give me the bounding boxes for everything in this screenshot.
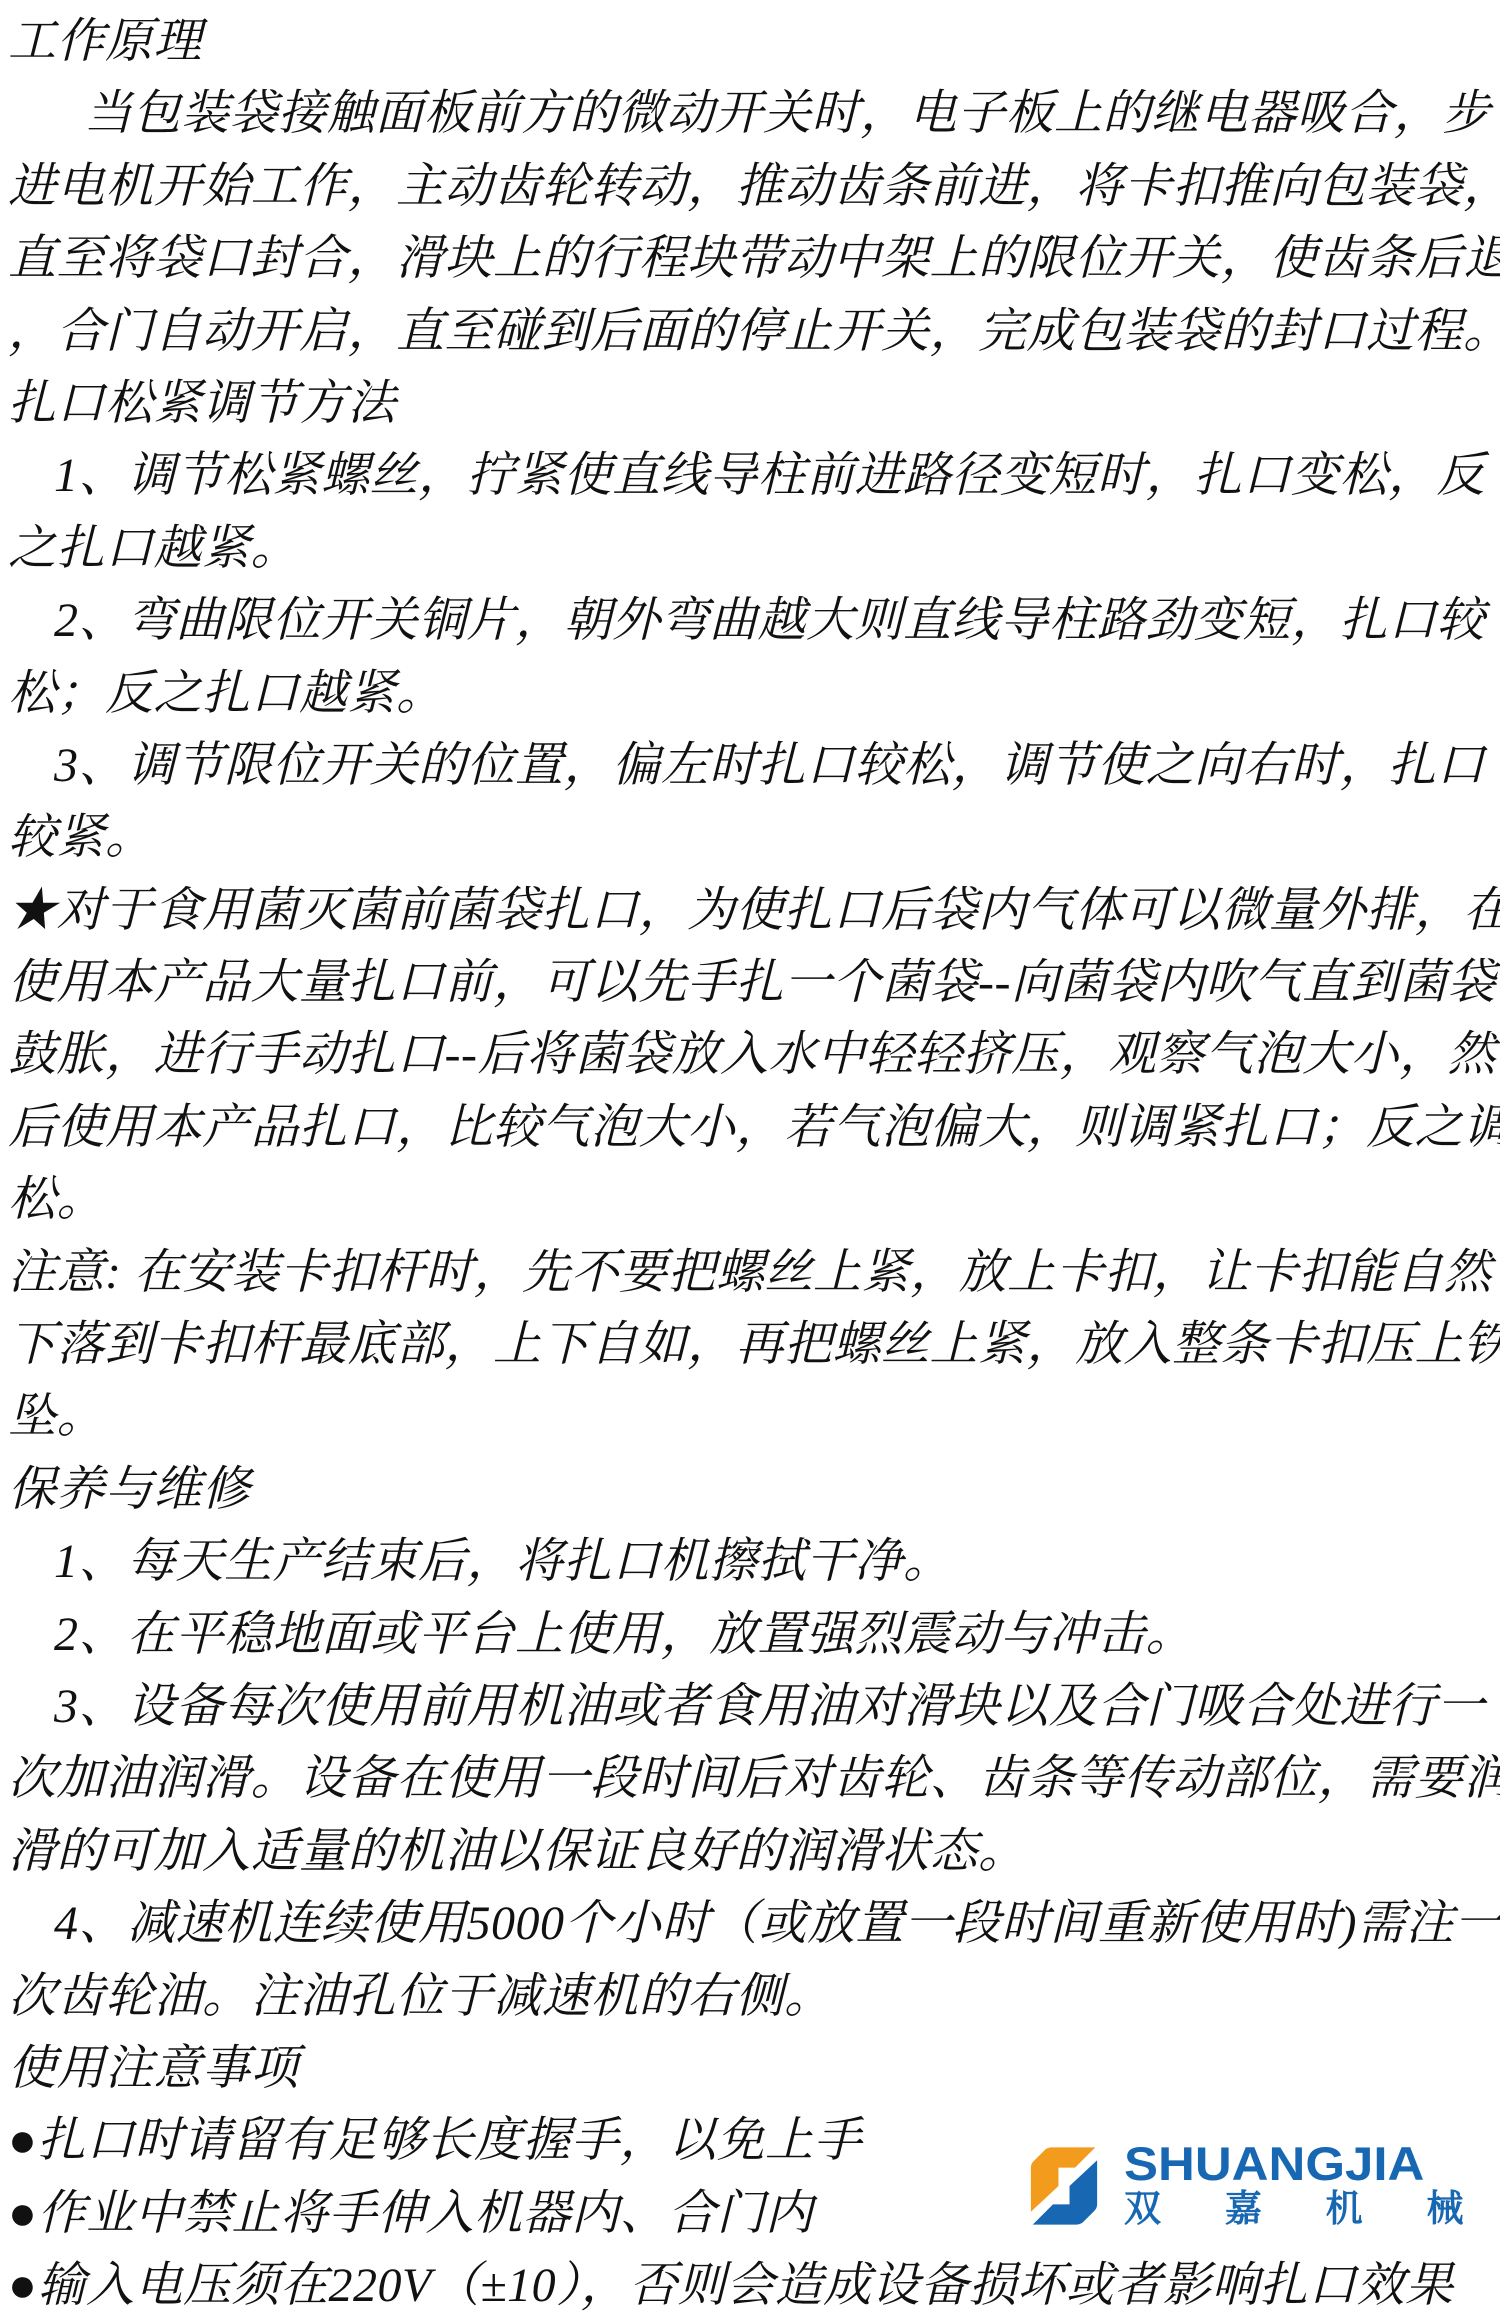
shuangjia-logo: SHUANGJIA 双嘉机械 <box>1018 2138 1496 2234</box>
text-line: 1、调节松紧螺丝，拧紧使直线导柱前进路径变短时，扎口变松，反 <box>8 440 1494 512</box>
text-line: 注意: 在安装卡扣杆时，先不要把螺丝上紧，放上卡扣，让卡扣能自然 <box>8 1237 1494 1309</box>
text-line: 使用本产品大量扎口前，可以先手扎一个菌袋--向菌袋内吹气直到菌袋 <box>8 947 1494 1019</box>
logo-cn-char: 双 <box>1124 2189 1162 2229</box>
text-line: 坠。 <box>8 1381 1494 1453</box>
text-line: 3、调节限位开关的位置，偏左时扎口较松，调节使之向右时，扎口 <box>8 730 1494 802</box>
text-line: 进电机开始工作，主动齿轮转动，推动齿条前进，将卡扣推向包装袋， <box>8 151 1494 223</box>
document-page: 工作原理当包装袋接触面板前方的微动开关时，电子板上的继电器吸合，步进电机开始工作… <box>0 0 1500 2322</box>
logo-cn-text: 双嘉机械 <box>1124 2189 1464 2229</box>
text-line: ，合门自动开启，直至碰到后面的停止开关，完成包装袋的封口过程。 <box>8 296 1494 368</box>
text-line: 下落到卡扣杆最底部，上下自如，再把螺丝上紧，放入整条卡扣压上铁 <box>8 1309 1494 1381</box>
logo-cn-char: 械 <box>1426 2189 1464 2229</box>
shuangjia-s-icon <box>1018 2140 1110 2232</box>
section-heading: 使用注意事项 <box>8 2033 1494 2105</box>
text-line: 当包装袋接触面板前方的微动开关时，电子板上的继电器吸合，步 <box>8 78 1494 150</box>
text-line: 松；反之扎口越紧。 <box>8 658 1494 730</box>
text-line: 2、弯曲限位开关铜片，朝外弯曲越大则直线导柱路劲变短，扎口较 <box>8 585 1494 657</box>
document-text: 工作原理当包装袋接触面板前方的微动开关时，电子板上的继电器吸合，步进电机开始工作… <box>8 6 1494 2322</box>
text-line: 次加油润滑。设备在使用一段时间后对齿轮、齿条等传动部位，需要润 <box>8 1743 1494 1815</box>
section-heading: 工作原理 <box>8 6 1494 78</box>
section-heading: 保养与维修 <box>8 1454 1494 1526</box>
logo-cn-char: 机 <box>1326 2189 1364 2229</box>
text-line: 1、每天生产结束后，将扎口机擦拭干净。 <box>8 1526 1494 1598</box>
text-line: 2、在平稳地面或平台上使用，放置强烈震动与冲击。 <box>8 1599 1494 1671</box>
text-line: 松。 <box>8 1164 1494 1236</box>
text-line: 鼓胀，进行手动扎口--后将菌袋放入水中轻轻挤压，观察气泡大小，然 <box>8 1019 1494 1091</box>
text-line: ●输入电压须在220V（±10），否则会造成设备损坏或者影响扎口效果 <box>8 2250 1494 2322</box>
text-line: 后使用本产品扎口，比较气泡大小，若气泡偏大，则调紧扎口；反之调 <box>8 1092 1494 1164</box>
text-line: ★对于食用菌灭菌前菌袋扎口，为使扎口后袋内气体可以微量外排，在 <box>8 875 1494 947</box>
text-line: 滑的可加入适量的机油以保证良好的润滑状态。 <box>8 1816 1494 1888</box>
logo-text-block: SHUANGJIA 双嘉机械 <box>1124 2143 1480 2229</box>
text-line: 4、减速机连续使用5000个小时（或放置一段时间重新使用时)需注一 <box>8 1888 1494 1960</box>
text-line: 直至将袋口封合，滑块上的行程块带动中架上的限位开关，使齿条后退 <box>8 223 1494 295</box>
text-line: 之扎口越紧。 <box>8 513 1494 585</box>
text-line: 次齿轮油。注油孔位于减速机的右侧。 <box>8 1961 1494 2033</box>
section-heading: 扎口松紧调节方法 <box>8 368 1494 440</box>
logo-en-text: SHUANGJIA <box>1124 2143 1480 2185</box>
logo-cn-char: 嘉 <box>1225 2189 1263 2229</box>
text-line: 3、设备每次使用前用机油或者食用油对滑块以及合门吸合处进行一 <box>8 1671 1494 1743</box>
text-line: 较紧。 <box>8 802 1494 874</box>
